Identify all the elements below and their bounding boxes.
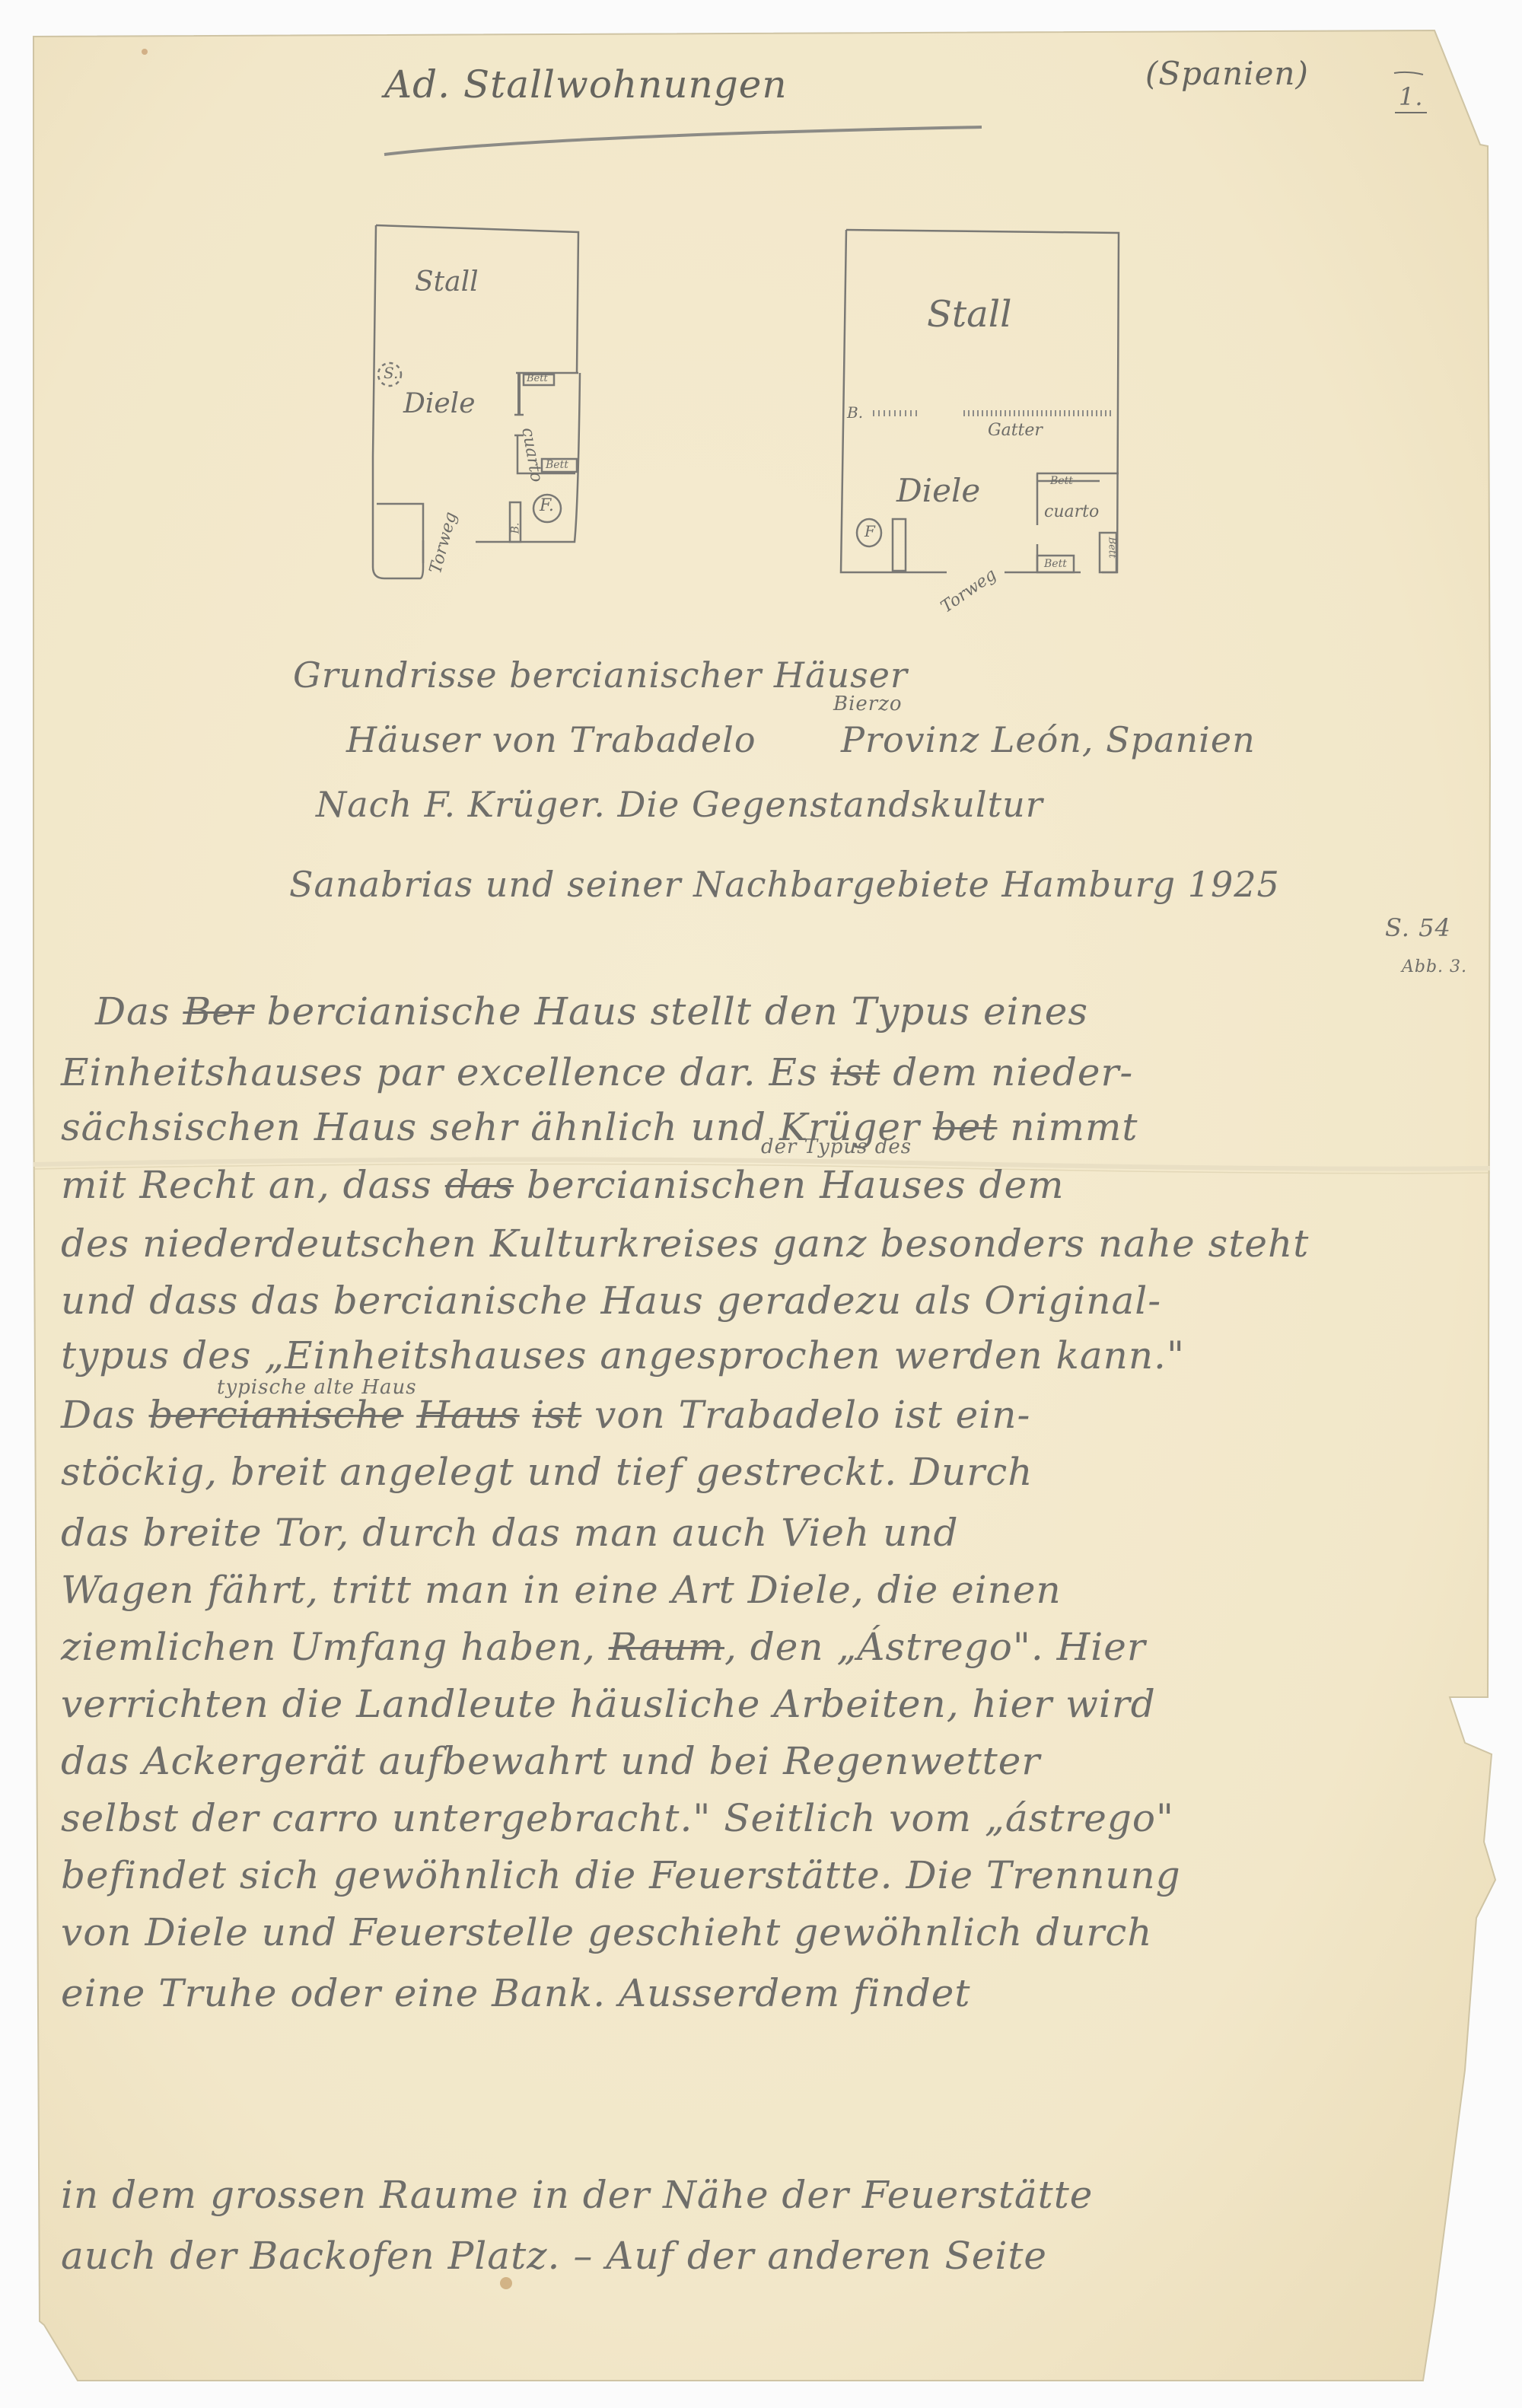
body-line-6: und dass das bercianische Haus geradezu …: [61, 1279, 1161, 1323]
body-line-17: von Diele und Feuerstelle geschieht gewö…: [61, 1910, 1152, 1954]
plan-left-b-marker: B.: [509, 523, 521, 534]
caption-figure-ref: Abb. 3.: [1402, 957, 1467, 976]
body-line-20: auch der Backofen Platz. – Auf der ander…: [61, 2234, 1047, 2278]
plan-right-gatter-label: Gatter: [988, 421, 1043, 440]
plan-left-bett-1: Bett: [527, 373, 548, 384]
plan-left-stall-label: Stall: [415, 266, 479, 298]
plan-left-bett-2: Bett: [546, 459, 568, 471]
body-line-16: befindet sich gewöhnlich die Feuerstätte…: [61, 1853, 1181, 1897]
page-number: 1.: [1399, 82, 1424, 111]
caption-line-2a: Häuser von Trabadelo: [346, 719, 756, 760]
plan-right-b-marker: B.: [847, 403, 863, 422]
body-line-9: stöckig, breit angelegt und tief gestrec…: [61, 1450, 1033, 1494]
plan-right-stall-label: Stall: [927, 293, 1012, 336]
body-line-10: das breite Tor, durch das man auch Vieh …: [61, 1511, 959, 1555]
body-line-18: eine Truhe oder eine Bank. Ausserdem fin…: [61, 1971, 970, 2015]
body-line-1: Das Ber bercianische Haus stellt den Typ…: [95, 989, 1088, 1034]
region-note: (Spanien): [1145, 55, 1309, 92]
body-line-14: das Ackergerät aufbewahrt und bei Regenw…: [61, 1739, 1040, 1783]
plan-right-bett-2: Bett: [1044, 558, 1067, 570]
plan-right-bett-1: Bett: [1050, 475, 1073, 487]
body-line-2: Einheitshauses par excellence dar. Es is…: [61, 1050, 1133, 1094]
body-line-12: ziemlichen Umfang haben, Raum, den „Ástr…: [61, 1625, 1146, 1669]
plan-left-s-marker: S.: [384, 364, 398, 382]
body-line-3: sächsischen Haus sehr ähnlich und Krüger…: [61, 1105, 1138, 1149]
page-title: Ad. Stallwohnungen: [384, 62, 788, 107]
body-line-13: verrichten die Landleute häusliche Arbei…: [61, 1682, 1156, 1726]
caption-line-2-insert: Bierzo: [833, 693, 903, 715]
body-line-7: typus des „Einheitshauses angesprochen w…: [61, 1333, 1185, 1378]
body-line-11: Wagen fährt, tritt man in eine Art Diele…: [61, 1568, 1062, 1612]
plan-right-diele-label: Diele: [896, 472, 980, 509]
plan-right-cuarto-label: cuarto: [1044, 502, 1099, 521]
body-line-4-insert: der Typus des: [761, 1136, 912, 1158]
caption-line-1: Grundrisse bercianischer Häuser: [293, 655, 908, 696]
plan-right-bett-3: Bett: [1106, 537, 1117, 559]
caption-line-2b: Provinz León, Spanien: [841, 719, 1256, 760]
body-line-15: selbst der carro untergebracht." Seitlic…: [61, 1796, 1174, 1840]
plan-left-f-marker: F.: [540, 496, 554, 515]
plan-right-f-marker: F: [864, 522, 875, 540]
body-line-8: Das bercianische Haus ist von Trabadelo …: [61, 1393, 1030, 1437]
plan-left-diele-label: Diele: [403, 388, 476, 419]
body-line-4: mit Recht an, dass das bercianischen Hau…: [61, 1163, 1065, 1207]
caption-line-3: Nach F. Krüger. Die Gegenstandskultur: [316, 784, 1043, 825]
caption-line-4: Sanabrias und seiner Nachbargebiete Hamb…: [289, 864, 1280, 905]
stain: [500, 2277, 512, 2289]
body-line-5: des niederdeutschen Kulturkreises ganz b…: [61, 1222, 1309, 1266]
body-line-19: in dem grossen Raume in der Nähe der Feu…: [61, 2173, 1093, 2217]
caption-page-ref: S. 54: [1385, 913, 1451, 942]
